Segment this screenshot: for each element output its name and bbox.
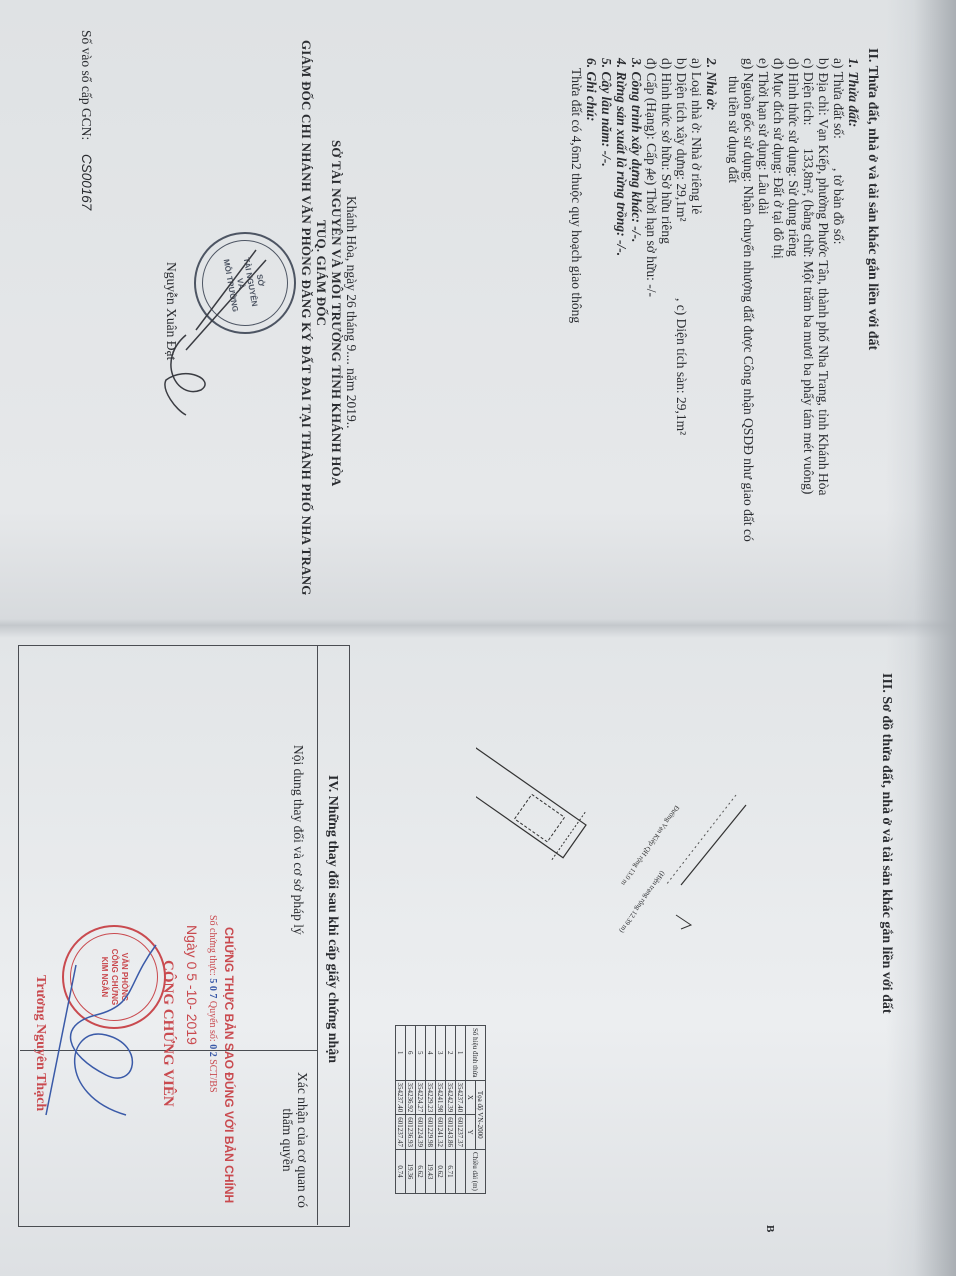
- coordinate-cell: 601237.37: [456, 1115, 466, 1150]
- col-coord: Tọa độ VN-2000: [476, 1080, 486, 1150]
- coordinate-cell: 19.36: [406, 1150, 416, 1194]
- divider: [317, 645, 318, 1225]
- house-heading: 2. Nhà ở:: [704, 58, 719, 111]
- coordinate-cell: 6.71: [446, 1150, 456, 1194]
- col-change-content: Nội dung thay đổi và cơ sở pháp lý: [291, 745, 306, 935]
- coordinate-cell: 2: [446, 1026, 456, 1081]
- page-section-2: II. Thửa đất, nhà ở và tài sản khác gắn …: [0, 0, 956, 625]
- land-use-purpose: đ) Mục đích sử dụng: Đất ở tại đô thị: [771, 58, 786, 259]
- coordinate-row: 2354242.39601243.866.71: [446, 1026, 456, 1194]
- sign-org-1: SỞ TÀI NGUYÊN VÀ MÔI TRƯỜNG TỈNH KHÁNH H…: [328, 140, 344, 486]
- coordinate-cell: 19.43: [426, 1150, 436, 1194]
- notes-text: Thửa đất có 4,6m2 thuộc quy hoạch giao t…: [569, 68, 584, 323]
- notary-name: Trương Nguyên Thạch: [32, 975, 48, 1111]
- page-sections-3-4: III. Sơ đồ thửa đất, nhà ở và tài sản kh…: [0, 625, 956, 1276]
- coordinate-table: Số hiệu đỉnh thửa Tọa độ VN-2000 Chiều d…: [395, 1025, 486, 1194]
- land-heading: 1. Thửa đất:: [846, 58, 861, 127]
- land-origin: g) Nguồn gốc sử dụng: Nhận chuyển nhượng…: [741, 58, 756, 542]
- house-floor-area: , c) Diện tích sàn: 29,1m²: [674, 298, 689, 435]
- registry-label: Số vào sổ cấp GCN:: [79, 30, 94, 140]
- house-build-area: b) Diện tích xây dựng: 29,1m²: [674, 58, 689, 222]
- sign-place-date: Khánh Hòa, ngày 26 tháng 9.... năm 2019.…: [344, 196, 359, 428]
- notary-signature: [36, 925, 166, 1125]
- house-ownership: d) Hình thức sở hữu: Sở hữu riêng: [659, 58, 674, 244]
- coordinate-cell: 601243.86: [446, 1115, 456, 1150]
- land-area-value: 133,8m², (bằng chữ: Một trăm ba mươi ba …: [801, 148, 816, 494]
- col-vertex: Số hiệu đỉnh thửa: [466, 1026, 486, 1081]
- coordinate-row: 5354224.27601224.396.62: [416, 1026, 426, 1194]
- coordinate-row: 1354237.40601237.470.74: [396, 1026, 406, 1194]
- coordinate-row: 4354229.23601229.9819.43: [426, 1026, 436, 1194]
- land-parcel-number: a) Thửa đất số:: [831, 58, 846, 139]
- land-area-label: c) Diện tích:: [801, 58, 816, 125]
- parcel-diagram: Đường Vạn Kiếp QH rộng 13.0 m: [476, 665, 806, 1105]
- sign-on-behalf: TUQ. GIÁM ĐỐC: [313, 220, 329, 326]
- notary-cert-number-row: Số chứng thực: 5 0 7 Quyển số: 0 2 SCT/B…: [207, 915, 218, 1093]
- coordinate-row: 1354237.40601237.37: [456, 1026, 466, 1194]
- col-authority-confirm: Xác nhận của cơ quan có thẩm quyền: [280, 1065, 310, 1215]
- registry-number: CS00167: [79, 154, 94, 210]
- coordinate-cell: 354236.92: [406, 1080, 416, 1115]
- coordinate-cell: 6.62: [416, 1150, 426, 1194]
- land-address: b) Địa chỉ: Vạn Kiếp, phường Phước Tân, …: [816, 58, 831, 495]
- notary-cert-number: 5 0 7: [207, 978, 218, 998]
- house-grade: đ) Cấp (Hạng): Cấp 4: [644, 58, 659, 175]
- col-x: X: [466, 1080, 476, 1115]
- col-y: Y: [466, 1115, 476, 1150]
- coordinate-cell: 601237.47: [396, 1115, 406, 1150]
- signer-name: Nguyễn Xuân Đạt: [164, 262, 179, 360]
- sign-org-2: GIÁM ĐỐC CHI NHÁNH VĂN PHÒNG ĐĂNG KÝ ĐẤT…: [298, 40, 314, 596]
- coordinate-cell: 354224.27: [416, 1080, 426, 1115]
- coordinate-cell: 1: [456, 1026, 466, 1081]
- coordinate-cell: 601229.98: [426, 1115, 436, 1150]
- house-type: a) Loại nhà ở: Nhà ở riêng lẻ: [689, 58, 704, 214]
- land-use-term: e) Thời hạn sử dụng: Lâu dài: [756, 58, 771, 215]
- perennial-trees: 5. Cây lâu năm: -/-.: [599, 58, 614, 167]
- other-works: 3. Công trình xây dựng khác: -/-.: [629, 58, 644, 242]
- coordinate-cell: 601241.32: [436, 1115, 446, 1150]
- coordinate-cell: 1: [396, 1026, 406, 1081]
- coordinate-cell: 601236.93: [406, 1115, 416, 1150]
- notary-book-number: 0 2: [207, 1044, 218, 1057]
- road-label: Đường Vạn Kiếp QH rộng 13.0 m: [619, 804, 681, 888]
- coordinate-cell: 354237.40: [456, 1080, 466, 1115]
- section-4-title: IV. Những thay đổi sau khi cấp giấy chứn…: [324, 775, 340, 1063]
- notes-heading: 6. Ghi chú:: [584, 58, 599, 121]
- coordinate-cell: 601224.39: [416, 1115, 426, 1150]
- coordinate-cell: 354241.98: [436, 1080, 446, 1115]
- land-origin-cont: thu tiền sử dụng đất: [726, 76, 741, 183]
- coordinate-cell: 4: [426, 1026, 436, 1081]
- section-3-title: III. Sơ đồ thửa đất, nhà ở và tài sản kh…: [878, 673, 894, 1014]
- coordinate-cell: 354237.40: [396, 1080, 406, 1115]
- notary-cert-title: CHỨNG THỰC BẢN SAO ĐÚNG VỚI BẢN CHÍNH: [222, 927, 236, 1203]
- section-2-title: II. Thửa đất, nhà ở và tài sản khác gắn …: [864, 48, 880, 350]
- coordinate-cell: 0.74: [396, 1150, 406, 1194]
- land-map-sheet: , tờ bản đồ số:: [831, 168, 846, 245]
- coordinate-cell: 354229.23: [426, 1080, 436, 1115]
- coordinate-cell: [456, 1150, 466, 1194]
- production-forest: 4. Rừng sản xuất là rừng trồng: -/-.: [614, 58, 629, 256]
- notary-date: Ngày 0 5 -10- 2019: [184, 925, 200, 1045]
- col-length: Chiều dài (m): [466, 1150, 486, 1194]
- coordinate-cell: 6: [406, 1026, 416, 1081]
- north-marker: B: [764, 1225, 776, 1232]
- coordinate-row: 3354241.98601241.320.62: [436, 1026, 446, 1194]
- coordinate-cell: 3: [436, 1026, 446, 1081]
- house-term: , e) Thời hạn sở hữu: -/-: [644, 168, 659, 297]
- land-use-form: d) Hình thức sử dụng: Sử dụng riêng: [786, 58, 801, 257]
- certificate-sheet: II. Thửa đất, nhà ở và tài sản khác gắn …: [0, 0, 956, 1276]
- coordinate-cell: 5: [416, 1026, 426, 1081]
- coordinate-cell: 0.62: [436, 1150, 446, 1194]
- coordinate-cell: 354242.39: [446, 1080, 456, 1115]
- coordinate-row: 6354236.92601236.9319.36: [406, 1026, 416, 1194]
